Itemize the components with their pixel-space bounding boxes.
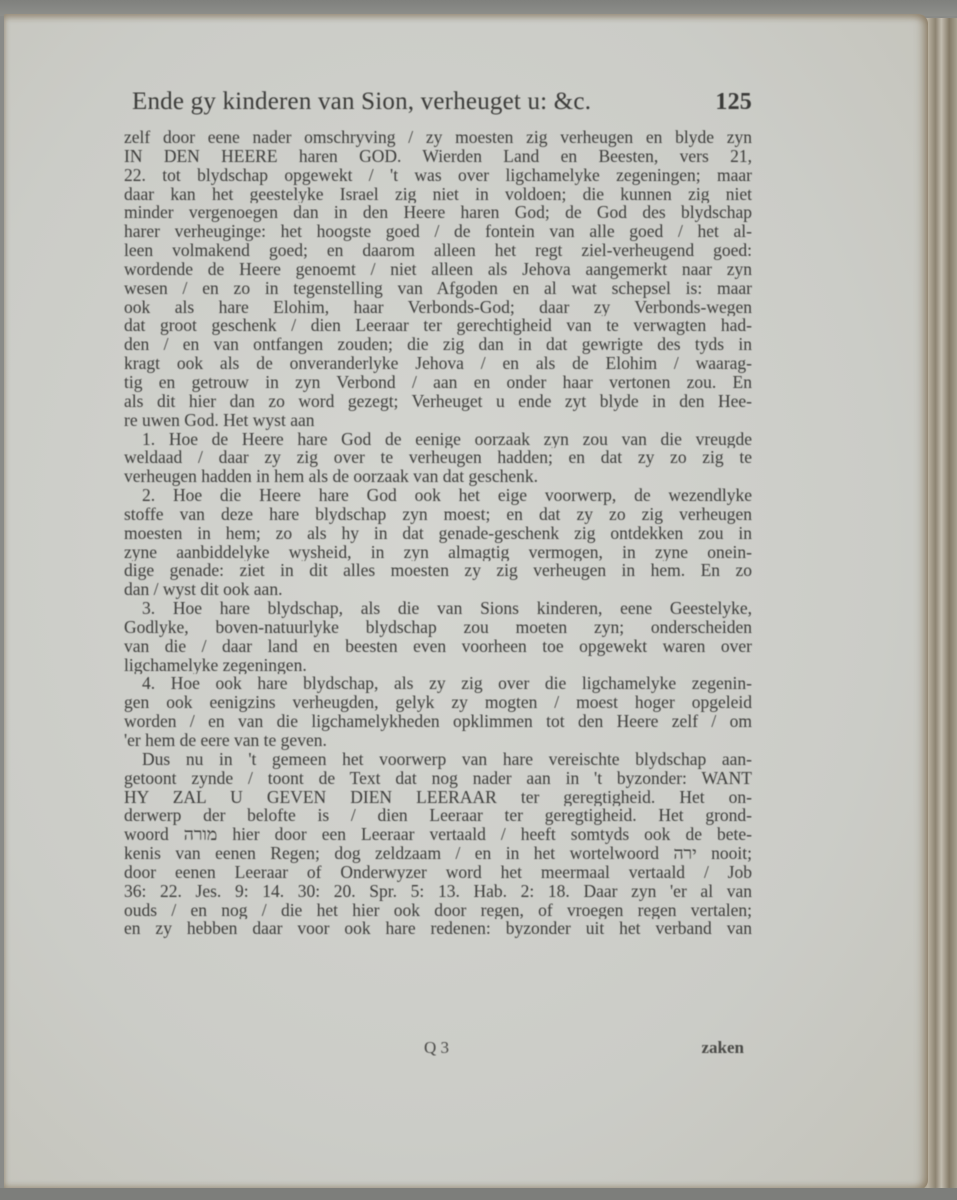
text-line: woord מורה hier door een Leeraar vertaal… [104, 825, 764, 844]
text-line: dan / wyst dit ook aan. [104, 580, 764, 599]
text-line: 2. Hoe die Heere hare God ook het eige v… [104, 486, 764, 505]
text-line: dat groot geschenk / dien Leeraar ter ge… [104, 316, 764, 335]
text-line: leen volmakend goed; en daarom alleen he… [104, 241, 764, 260]
page-text-block: Ende gy kinderen van Sion, verheuget u: … [104, 88, 764, 938]
text-line: minder vergenoegen dan in den Heere hare… [104, 203, 764, 222]
text-line: HY ZAL U GEVEN DIEN LEERAAR ter geregtig… [104, 788, 764, 807]
text-line: Dus nu in 't gemeen het voorwerp van har… [104, 750, 764, 769]
page-footer: Q 3 zaken [124, 1038, 744, 1062]
text-line: 4. Hoe ook hare blydschap, als zy zig ov… [104, 674, 764, 693]
text-line: den / en van ontfangen zouden; die zig d… [104, 335, 764, 354]
text-line: zelf door eene nader omschryving / zy mo… [104, 128, 764, 147]
text-line: tig en getrouw in zyn Verbond / aan en o… [104, 373, 764, 392]
text-line: door eenen Leeraar of Onderwyzer word he… [104, 863, 764, 882]
page-number: 125 [715, 89, 752, 116]
text-line: als dit hier dan zo word gezegt; Verheug… [104, 392, 764, 411]
book-page: Ende gy kinderen van Sion, verheuget u: … [4, 14, 928, 1190]
text-line: 3. Hoe hare blydschap, als die van Sions… [104, 599, 764, 618]
text-line: 'er hem de eere van te geven. [104, 731, 764, 750]
text-line: ligchamelyke zegeningen. [104, 656, 764, 675]
text-line: kenis van eenen Regen; dog zeldzaam / en… [104, 844, 764, 863]
text-line: van die / daar land en beesten even voor… [104, 637, 764, 656]
signature-mark: Q 3 [424, 1038, 449, 1058]
text-line: wordende de Heere genoemt / niet alleen … [104, 260, 764, 279]
body-text: zelf door eene nader omschryving / zy mo… [104, 128, 764, 938]
running-head: Ende gy kinderen van Sion, verheuget u: … [104, 88, 764, 128]
text-line: en zy hebben daar voor ook hare redenen:… [104, 919, 764, 938]
text-line: worden / en van die ligchamelykheden opk… [104, 712, 764, 731]
text-line: stoffe van deze hare blydschap zyn moest… [104, 505, 764, 524]
text-line: harer verheuginge: het hoogste goed / de… [104, 222, 764, 241]
catchword: zaken [702, 1038, 745, 1058]
text-line: Godlyke, boven-natuurlyke blydschap zou … [104, 618, 764, 637]
text-line: zyne aanbiddelyke wysheid, in zyn almagt… [104, 543, 764, 562]
text-line: wesen / en zo in tegenstelling van Afgod… [104, 279, 764, 298]
text-line: derwerp der belofte is / dien Leeraar te… [104, 806, 764, 825]
text-line: daar kan het geestelyke Israel zig niet … [104, 185, 764, 204]
text-line: weldaad / daar zy zig over te verheugen … [104, 448, 764, 467]
text-line: moesten in hem; zo als hy in dat genade-… [104, 524, 764, 543]
running-head-title: Ende gy kinderen van Sion, verheuget u: … [132, 88, 591, 116]
text-line: 22. tot blydschap opgewekt / 't was over… [104, 166, 764, 185]
text-line: getoont zynde / toont de Text dat nog na… [104, 769, 764, 788]
text-line: 36: 22. Jes. 9: 14. 30: 20. Spr. 5: 13. … [104, 882, 764, 901]
text-line: gen ook eenigzins verheugden, gelyk zy m… [104, 693, 764, 712]
text-line: dige genade: ziet in dit alles moesten z… [104, 561, 764, 580]
text-line: ouds / en nog / die het hier ook door re… [104, 901, 764, 920]
text-line: kragt ook als de onveranderlyke Jehova /… [104, 354, 764, 373]
text-line: re uwen God. Het wyst aan [104, 411, 764, 430]
text-line: ook als hare Elohim, haar Verbonds-God; … [104, 298, 764, 317]
scan-backdrop-bottom [0, 1188, 957, 1200]
text-line: verheugen hadden in hem als de oorzaak v… [104, 467, 764, 486]
text-line: IN DEN HEERE haren GOD. Wierden Land en … [104, 147, 764, 166]
text-line: 1. Hoe de Heere hare God de eenige oorza… [104, 430, 764, 449]
